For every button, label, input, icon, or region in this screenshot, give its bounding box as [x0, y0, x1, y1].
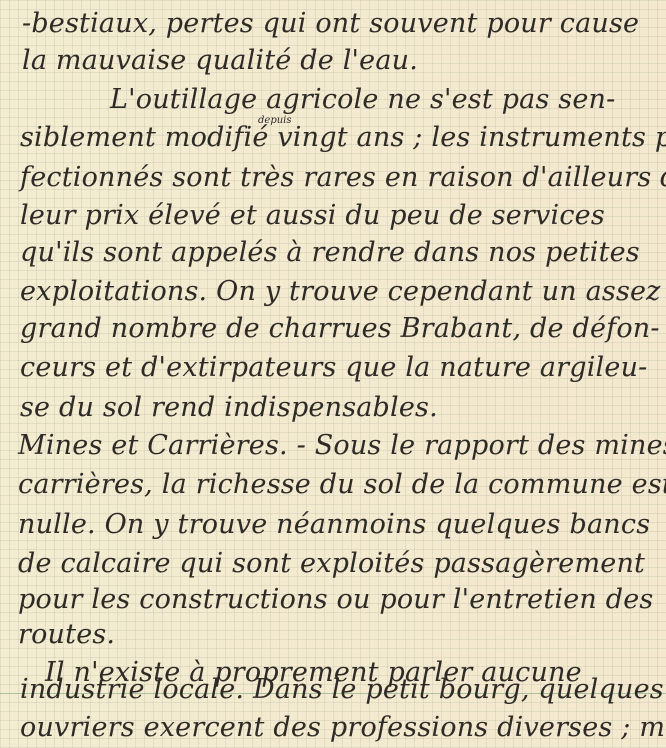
text-line-16: pour les constructions ou pour l'entreti… — [18, 584, 654, 615]
text-line-19: industrie locale. Dans le petit bourg, q… — [20, 674, 664, 705]
text-line-9: grand nombre de charrues Brabant, de déf… — [20, 313, 660, 344]
text-line-2: la mauvaise qualité de l'eau. — [22, 45, 418, 76]
text-line-10: ceurs et d'extirpateurs que la nature ar… — [20, 352, 647, 383]
text-line-7: qu'ils sont appelés à rendre dans nos pe… — [20, 237, 640, 268]
section-heading-mines-carrieres: Mines et Carrières. - Sous le rapport de… — [18, 430, 666, 461]
text-line-8: exploitations. On y trouve cependant un … — [20, 276, 661, 307]
text-line-14: nulle. On y trouve néanmoins quelques ba… — [18, 509, 650, 540]
text-line-6: leur prix élevé et aussi du peu de servi… — [20, 200, 605, 231]
text-line-17: routes. — [18, 619, 115, 650]
text-line-3-paragraph-start: L'outillage agricole ne s'est pas sen- — [110, 84, 615, 115]
text-line-20: ouvriers exercent des professions divers… — [20, 712, 666, 743]
text-line-5: fectionnés sont très rares en raison d'a… — [20, 162, 666, 193]
text-line-1: -bestiaux, pertes qui ont souvent pour c… — [22, 8, 639, 39]
manuscript-page: -bestiaux, pertes qui ont souvent pour c… — [0, 0, 666, 748]
text-line-4: siblement modifié vingt ans ; les instru… — [20, 122, 666, 153]
text-line-15: de calcaire qui sont exploités passagère… — [18, 548, 645, 579]
text-line-13: carrières, la richesse du sol de la comm… — [18, 469, 666, 500]
text-line-11: se du sol rend indispensables. — [20, 392, 438, 423]
